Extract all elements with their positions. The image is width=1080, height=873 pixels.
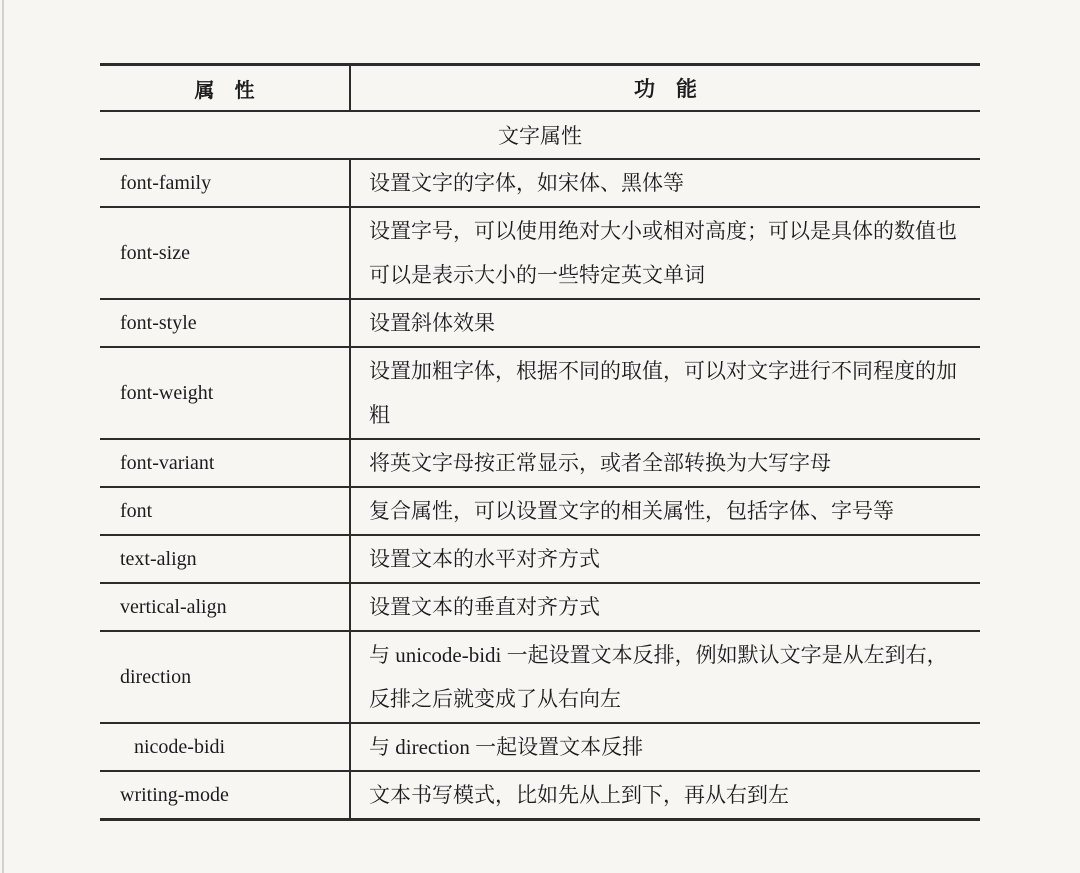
description-cell: 设置文本的垂直对齐方式 — [349, 584, 980, 630]
description-cell: 设置字号，可以使用绝对大小或相对高度；可以是具体的数值也可以是表示大小的一些特定… — [349, 208, 980, 298]
table-row: font-style 设置斜体效果 — [100, 300, 980, 348]
page-edge-line — [2, 0, 4, 873]
table-row: font-family 设置文字的字体，如宋体、黑体等 — [100, 160, 980, 208]
table-row: text-align 设置文本的水平对齐方式 — [100, 536, 980, 584]
property-cell: direction — [100, 632, 349, 722]
description-cell: 设置文本的水平对齐方式 — [349, 536, 980, 582]
header-cell-function: 功 能 — [349, 66, 980, 110]
property-cell: nicode-bidi — [100, 724, 349, 770]
section-title: 文字属性 — [498, 120, 582, 150]
table-header-row: 属 性 功 能 — [100, 66, 980, 112]
property-cell: font — [100, 488, 349, 534]
property-cell: font-variant — [100, 440, 349, 486]
property-cell: font-style — [100, 300, 349, 346]
description-cell: 设置斜体效果 — [349, 300, 980, 346]
table-row: direction 与 unicode-bidi 一起设置文本反排，例如默认文字… — [100, 632, 980, 724]
table-row: font-variant 将英文字母按正常显示，或者全部转换为大写字母 — [100, 440, 980, 488]
property-cell: vertical-align — [100, 584, 349, 630]
description-cell: 将英文字母按正常显示，或者全部转换为大写字母 — [349, 440, 980, 486]
description-cell: 设置文字的字体，如宋体、黑体等 — [349, 160, 980, 206]
table-row: font 复合属性，可以设置文字的相关属性，包括字体、字号等 — [100, 488, 980, 536]
description-cell: 与 unicode-bidi 一起设置文本反排，例如默认文字是从左到右，反排之后… — [349, 632, 980, 722]
table-row: writing-mode 文本书写模式，比如先从上到下，再从右到左 — [100, 772, 980, 821]
description-cell: 复合属性，可以设置文字的相关属性，包括字体、字号等 — [349, 488, 980, 534]
description-cell: 设置加粗字体，根据不同的取值，可以对文字进行不同程度的加粗 — [349, 348, 980, 438]
table-row: nicode-bidi 与 direction 一起设置文本反排 — [100, 724, 980, 772]
property-cell: font-size — [100, 208, 349, 298]
property-cell: font-weight — [100, 348, 349, 438]
property-cell: writing-mode — [100, 772, 349, 818]
table-row: vertical-align 设置文本的垂直对齐方式 — [100, 584, 980, 632]
property-cell: font-family — [100, 160, 349, 206]
scanned-page: 属 性 功 能 文字属性 font-family 设置文字的字体，如宋体、黑体等… — [0, 0, 1080, 873]
property-cell: text-align — [100, 536, 349, 582]
header-cell-property: 属 性 — [100, 66, 349, 110]
css-text-properties-table: 属 性 功 能 文字属性 font-family 设置文字的字体，如宋体、黑体等… — [100, 63, 980, 821]
table-row: font-size 设置字号，可以使用绝对大小或相对高度；可以是具体的数值也可以… — [100, 208, 980, 300]
description-cell: 文本书写模式，比如先从上到下，再从右到左 — [349, 772, 980, 818]
table-row: font-weight 设置加粗字体，根据不同的取值，可以对文字进行不同程度的加… — [100, 348, 980, 440]
section-row: 文字属性 — [100, 112, 980, 160]
description-cell: 与 direction 一起设置文本反排 — [349, 724, 980, 770]
